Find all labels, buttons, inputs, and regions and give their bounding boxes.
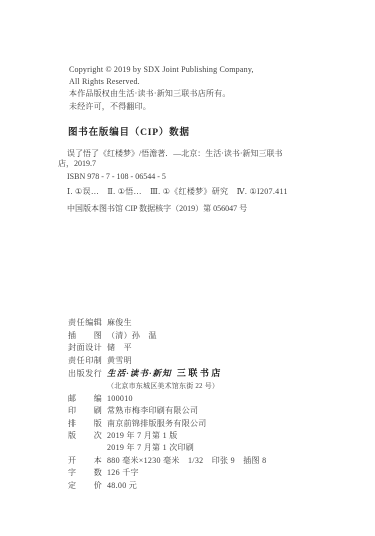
colophon-row-responsible-editor: 责任编辑 麻俊生 — [68, 317, 375, 329]
colophon-label: 出版发行 — [68, 368, 107, 380]
copyright-line-english-1: Copyright © 2019 by SDX Joint Publishing… — [69, 64, 375, 76]
colophon-value: 常熟市梅李印刷有限公司 — [107, 405, 198, 417]
printing-run-value: 2019 年 7 月第 1 次印刷 — [107, 442, 194, 454]
publisher-name: 三联书店 — [177, 368, 223, 378]
colophon-value: 48.00 元 — [107, 480, 137, 492]
colophon-row-typesetter: 排 版 南京前锦排版服务有限公司 — [68, 418, 375, 430]
cip-block: 图书在版编目（CIP）数据 误了悟了《红楼梦》/悟澹著．—北京：生活·读书·新知… — [58, 124, 375, 215]
cip-entry-line-1: 误了悟了《红楼梦》/悟澹著．—北京：生活·读书·新知三联书 — [58, 149, 375, 160]
publisher-logo-text: 生活·读书·新知三联书店 — [107, 367, 223, 380]
colophon-row-printing-run: 2019 年 7 月第 1 次印刷 — [68, 442, 375, 454]
colophon-label: 责任印制 — [68, 355, 107, 367]
cip-header: 图书在版编目（CIP）数据 — [68, 124, 375, 138]
colophon-row-illustration: 插 图 （清）孙 温 — [68, 330, 375, 342]
book-copyright-page: Copyright © 2019 by SDX Joint Publishing… — [0, 0, 375, 536]
colophon-value: 100010 — [107, 393, 133, 405]
colophon-row-publisher-address: （北京市东城区美术馆东街 22 号） — [68, 380, 375, 392]
colophon-label: 邮 编 — [68, 393, 107, 405]
publisher-script-logo: 生活·读书·新知 — [107, 368, 172, 378]
colophon-row-word-count: 字 数 126 千字 — [68, 467, 375, 479]
colophon-value: 黄雪明 — [107, 355, 132, 367]
colophon-label: 排 版 — [68, 418, 107, 430]
colophon-row-print-supervisor: 责任印制 黄雪明 — [68, 355, 375, 367]
colophon-row-format: 开 本 880 毫米×1230 毫米 1/32 印张 9 插图 8 — [68, 455, 375, 467]
colophon-row-publisher: 出版发行 生活·读书·新知三联书店 — [68, 367, 375, 380]
colophon-value: （清）孙 温 — [107, 330, 157, 342]
colophon-value: 南京前锦排版服务有限公司 — [107, 418, 207, 430]
colophon-label: 印 刷 — [68, 405, 107, 417]
copyright-line-english-2: All Rights Reserved. — [69, 76, 375, 88]
colophon-label: 封面设计 — [68, 342, 107, 354]
colophon-label: 定 价 — [68, 480, 107, 492]
copyright-line-chinese-1: 本作品版权由生活·读书·新知三联书店所有。 — [69, 88, 375, 100]
colophon-block: 责任编辑 麻俊生 插 图 （清）孙 温 封面设计 储 平 责任印制 黄雪明 出版… — [68, 317, 375, 492]
copyright-line-chinese-2: 未经许可，不得翻印。 — [69, 101, 375, 113]
colophon-row-printer: 印 刷 常熟市梅李印刷有限公司 — [68, 405, 375, 417]
colophon-row-cover-design: 封面设计 储 平 — [68, 342, 375, 354]
colophon-label: 字 数 — [68, 467, 107, 479]
colophon-label: 责任编辑 — [68, 317, 107, 329]
colophon-value: 麻俊生 — [107, 317, 132, 329]
colophon-value: 880 毫米×1230 毫米 1/32 印张 9 插图 8 — [107, 455, 266, 467]
colophon-label: 插 图 — [68, 330, 107, 342]
cip-record-number: 中国版本图书馆 CIP 数据核字（2019）第 056047 号 — [58, 204, 375, 215]
isbn-line: ISBN 978 - 7 - 108 - 06544 - 5 — [58, 172, 375, 183]
cip-entry-line-2: 店，2019.7 — [58, 159, 375, 170]
colophon-row-edition: 版 次 2019 年 7 月第 1 版 — [68, 430, 375, 442]
colophon-value: 126 千字 — [107, 467, 139, 479]
cip-body: 误了悟了《红楼梦》/悟澹著．—北京：生活·读书·新知三联书 店，2019.7 I… — [58, 149, 375, 215]
cip-classification-line: Ⅰ. ①误… Ⅱ. ①悟… Ⅲ. ①《红楼梦》研究 Ⅳ. ①I207.411 — [58, 187, 375, 198]
colophon-value: 储 平 — [107, 342, 132, 354]
copyright-block: Copyright © 2019 by SDX Joint Publishing… — [69, 64, 375, 113]
colophon-row-price: 定 价 48.00 元 — [68, 480, 375, 492]
colophon-label: 版 次 — [68, 430, 107, 442]
colophon-label: 开 本 — [68, 455, 107, 467]
colophon-row-postal-code: 邮 编 100010 — [68, 393, 375, 405]
publisher-address: （北京市东城区美术馆东街 22 号） — [107, 380, 219, 392]
colophon-value: 2019 年 7 月第 1 版 — [107, 430, 178, 442]
